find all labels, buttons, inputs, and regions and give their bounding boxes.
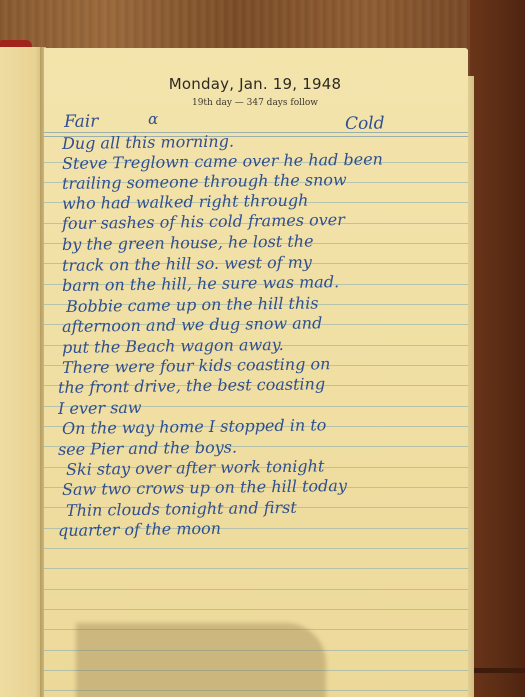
weather-mark: α xyxy=(148,110,158,128)
entry-line: Ski stay over after work tonight xyxy=(66,456,325,479)
entry-line: who had walked right through xyxy=(62,191,309,213)
entry-line: trailing someone through the snow xyxy=(62,170,347,193)
entry-line: four sashes of his cold frames over xyxy=(62,210,345,233)
ruled-line xyxy=(44,589,468,590)
ruled-line xyxy=(44,568,468,569)
entry-line: On the way home I stopped in to xyxy=(62,415,327,438)
ruled-line xyxy=(44,609,468,610)
entry-line: Saw two crows up on the hill today xyxy=(62,476,347,499)
day-count: 19th day — 347 days follow xyxy=(140,98,370,108)
weather-left: Fair xyxy=(64,112,99,132)
table-edge xyxy=(468,668,525,673)
entry-line: see Pier and the boys. xyxy=(58,438,237,459)
entry-line: the front drive, the best coasting xyxy=(58,374,325,397)
entry-line: barn on the hill, he sure was mad. xyxy=(62,272,339,295)
entry-line: Thin clouds tonight and first xyxy=(66,498,297,520)
entry-line: Bobbie came up on the hill this xyxy=(66,293,319,316)
left-page xyxy=(0,47,44,697)
ruled-line xyxy=(44,548,468,549)
entry-line: I ever saw xyxy=(58,398,142,418)
entry-line: quarter of the moon xyxy=(58,519,221,540)
entry-line: track on the hill so. west of my xyxy=(62,253,312,275)
camera-shadow xyxy=(76,623,326,697)
entry-line: by the green house, he lost the xyxy=(62,231,314,254)
entry-line: afternoon and we dug snow and xyxy=(62,313,323,336)
wooden-table-right xyxy=(470,0,525,697)
weather-right: Cold xyxy=(345,113,385,134)
entry-line: put the Beach wagon away. xyxy=(62,335,284,357)
entry-line: There were four kids coasting on xyxy=(62,354,331,377)
date-heading: Monday, Jan. 19, 1948 xyxy=(140,75,370,93)
entry-line: Dug all this morning. xyxy=(62,132,234,153)
